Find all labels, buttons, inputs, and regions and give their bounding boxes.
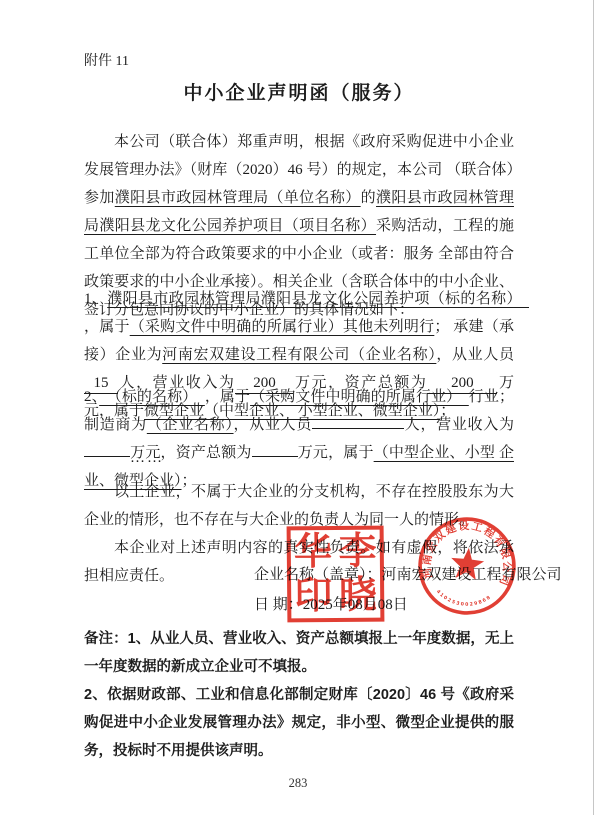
filled-field-segment: （采购文件中明确的所属行业） <box>250 389 469 405</box>
filled-field-segment: 濮阳县市政园林管理局（单位名称） <box>115 190 361 206</box>
seal-star-icon <box>449 546 485 581</box>
personal-name-seal-stamp: 华 李 印 晓 <box>287 526 385 623</box>
text-segment: ，属于 <box>84 319 130 335</box>
page-right-edge <box>593 0 594 815</box>
filled-field-segment: 河南宏双建设工程有限公司（企业名称） <box>162 347 436 363</box>
filled-field-segment: （企业名称） <box>147 417 234 433</box>
seal-char-top-left: 华 <box>294 532 332 572</box>
document-page: 附件 11 中小企业声明函（服务） 本公司（联合体）郑重声明，根据《政府采购促进… <box>0 0 596 815</box>
filled-field-segment: 濮阳县市政园林管理局濮阳县龙文化公园养护项（标的名称） <box>107 291 529 307</box>
remark-1: 备注：1、从业人员、营业收入、资产总额填报上一年度数据，无上一年度数据的新成立企… <box>84 625 514 681</box>
text-segment: 的 <box>361 190 376 206</box>
text-segment: ，从业人员 <box>234 417 313 433</box>
round-seal-graphic: 河南宏双建设工程有限公司 4102530029868 <box>411 510 523 622</box>
seal-char-bottom-right: 晓 <box>339 576 377 616</box>
text-segment: 1、 <box>84 291 107 307</box>
text-segment: ，从业人员 <box>436 347 514 363</box>
seal-char-top-right: 李 <box>338 532 376 572</box>
company-round-seal-stamp: 河南宏双建设工程有限公司 4102530029868 <box>411 510 523 622</box>
page-number: 283 <box>0 776 596 791</box>
filled-field-segment: （采购文件中明确的所属行业）其他未列明行 <box>130 319 435 335</box>
text-segment: 人，营业收入为 <box>404 417 514 433</box>
document-title: 中小企业声明函（服务） <box>84 78 514 105</box>
text-segment: 2、 <box>84 389 99 405</box>
filled-field-segment <box>312 428 404 429</box>
filled-field-segment: （标的名称） <box>99 389 205 405</box>
ellipsis-line: …… <box>84 450 560 467</box>
seal-char-bottom-left: 印 <box>294 576 332 616</box>
text-segment: ，属于 <box>205 389 250 405</box>
remarks-block: 备注：1、从业人员、营业收入、资产总额填报上一年度数据，无上一年度数据的新成立企… <box>84 625 514 765</box>
attachment-label: 附件 11 <box>84 50 514 70</box>
remark-2: 2、依据财政部、工业和信息化部制定财库〔2020〕46 号《政府采购促进中小企业… <box>84 681 514 765</box>
